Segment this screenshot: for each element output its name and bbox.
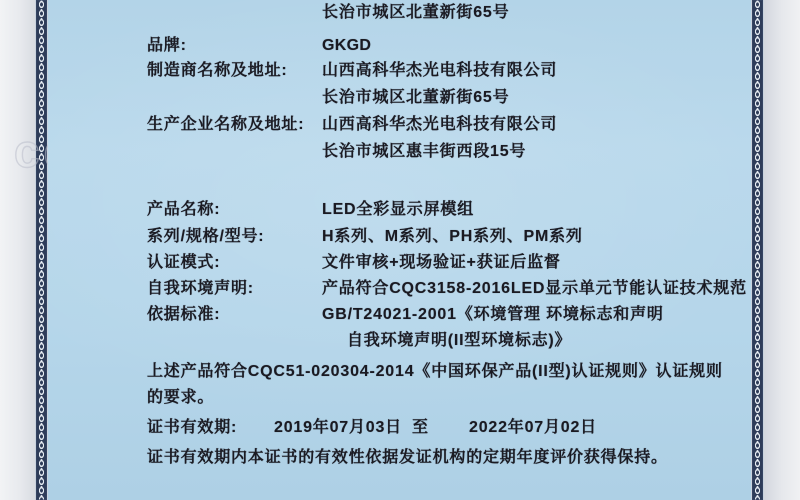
validity-label: 证书有效期: (147, 419, 237, 437)
field-label-certification-mode: 认证模式: (147, 254, 220, 272)
paper-margin-left (0, 0, 35, 500)
field-value-standard-continued: 自我环境声明(II型环境标志)》 (347, 332, 571, 350)
certificate-document: cqc cqc cqc cqc cqc cqc cqc cqc cqc cqc … (0, 0, 800, 500)
field-label-product-name: 产品名称: (147, 201, 220, 219)
guilloche-border-left (35, 0, 48, 500)
field-value-series-model: H系列、M系列、PH系列、PM系列 (322, 228, 583, 246)
field-label-standard: 依据标准: (147, 306, 220, 324)
field-value-self-declaration: 产品符合CQC3158-2016LED显示单元节能认证技术规范 (322, 280, 747, 298)
field-value-address-continued: 长治市城区北董新街65号 (322, 4, 509, 22)
field-value-manufacturer-address: 长治市城区北董新街65号 (322, 89, 509, 107)
field-label-series-model: 系列/规格/型号: (147, 228, 264, 246)
validity-start-date: 2019年07月03日 (274, 419, 402, 437)
field-label-self-declaration: 自我环境声明: (147, 280, 254, 298)
field-label-producer: 生产企业名称及地址: (147, 116, 304, 134)
validity-end-date: 2022年07月02日 (469, 419, 597, 437)
field-value-manufacturer: 山西高科华杰光电科技有限公司 (322, 62, 557, 80)
statement-line-2: 的要求。 (147, 389, 214, 407)
field-value-brand: GKGD (322, 37, 371, 55)
paper-margin-right (764, 0, 800, 500)
certificate-content: 长治市城区北董新街65号 品牌: GKGD 制造商名称及地址: 山西高科华杰光电… (48, 0, 751, 500)
field-value-product-name: LED全彩显示屏模组 (322, 201, 474, 219)
validity-separator: 至 (412, 419, 429, 437)
field-label-brand: 品牌: (147, 37, 187, 55)
certificate-body: 长治市城区北董新街65号 品牌: GKGD 制造商名称及地址: 山西高科华杰光电… (48, 0, 751, 500)
field-value-producer-address: 长治市城区惠丰街西段15号 (322, 143, 526, 161)
footer-note: 证书有效期内本证书的有效性依据发证机构的定期年度评价获得保持。 (147, 449, 668, 467)
field-value-certification-mode: 文件审核+现场验证+获证后监督 (322, 254, 561, 272)
field-value-producer: 山西高科华杰光电科技有限公司 (322, 116, 557, 134)
statement-line-1: 上述产品符合CQC51-020304-2014《中国环保产品(II型)认证规则》… (147, 363, 723, 381)
guilloche-border-right (751, 0, 764, 500)
field-value-standard: GB/T24021-2001《环境管理 环境标志和声明 (322, 306, 664, 324)
field-label-manufacturer: 制造商名称及地址: (147, 62, 288, 80)
